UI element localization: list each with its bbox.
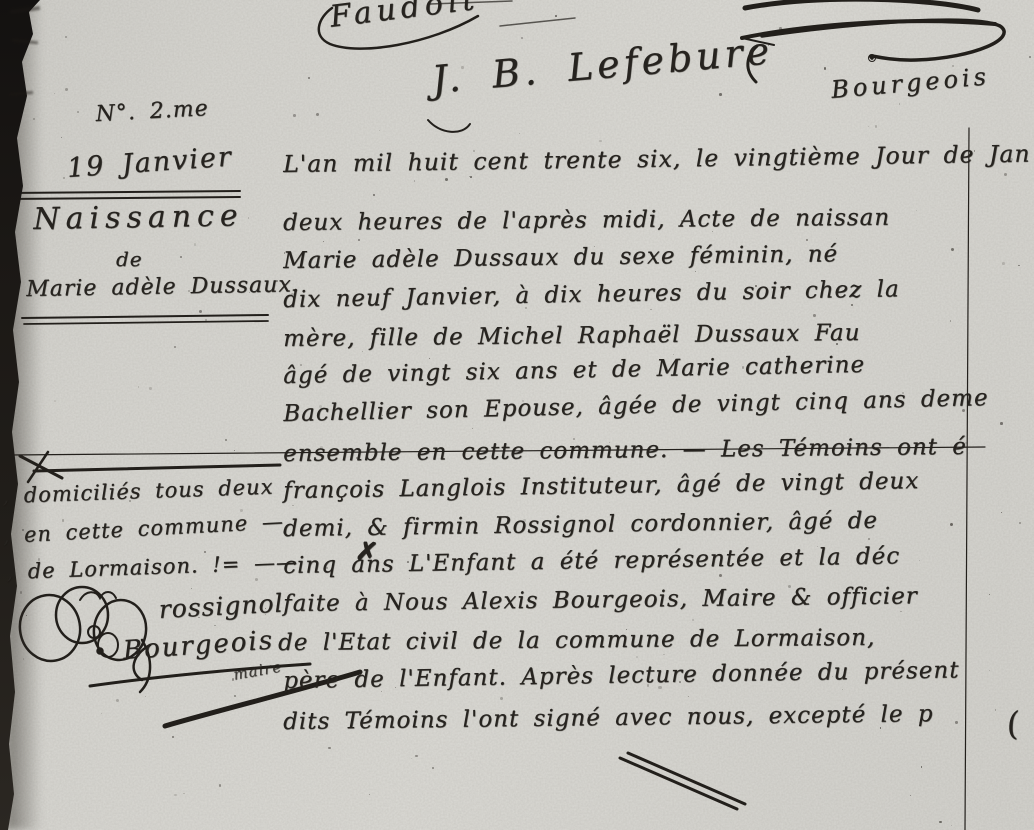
signature-bourgeois-margin: Bourgeois: [122, 625, 275, 665]
body-line: demi, & firmin Rossignol cordonnier, âgé…: [283, 508, 878, 542]
body-line: Bachellier son Epouse, âgée de vingt cin…: [283, 385, 989, 427]
margin-title-connector: de: [116, 247, 143, 271]
body-line: père de l'Enfant. Après lecture donnée d…: [283, 657, 960, 694]
body-line: âgé de vingt six ans et de Marie catheri…: [283, 352, 865, 389]
body-line: Marie adèle Dussaux du sexe féminin, né: [283, 241, 838, 274]
signature-bourgeois-title: maire: [232, 657, 283, 683]
insertion-cross-mark: ✗: [354, 536, 381, 569]
body-line: dits Témoins l'ont signé avec nous, exce…: [283, 701, 934, 735]
margin-note-line: , en cette commune —: [2, 509, 284, 548]
body-line: de l'Etat civil de la commune de Lormais…: [278, 625, 875, 656]
birth-record-scan: Faudoit J. B. Lefebure Bourgeois N°. 2.m…: [0, 0, 1034, 830]
signature-faudoit: Faudoit: [328, 0, 481, 35]
body-line: françois Langlois Instituteur, âgé de vi…: [283, 468, 919, 504]
body-line: faite à Nous Alexis Bourgeois, Maire & o…: [283, 583, 918, 617]
margin-note-line: , de Lormaison. != ——: [6, 550, 298, 584]
body-line: mère, fille de Michel Raphaël Dussaux Fa…: [283, 320, 861, 352]
margin-child-name: Marie adèle Dussaux.: [26, 272, 300, 302]
right-edge-paren-mark: (: [1004, 704, 1023, 744]
signature-bourgeois-top: Bourgeois: [830, 62, 991, 104]
body-line: L'an mil huit cent trente six, le vingti…: [283, 140, 1031, 178]
body-line: ensemble en cette commune. — Les Témoins…: [283, 434, 967, 467]
margin-note-line: , domiciliés tous deux: [2, 475, 274, 508]
signature-lefebure: J. B. Lefebure: [430, 28, 775, 102]
margin-name-underline: [22, 315, 268, 324]
body-line: deux heures de l'après midi, Acte de nai…: [283, 205, 890, 236]
margin-date-underline: [8, 191, 240, 199]
signature-rossignol: rossignol: [158, 588, 284, 623]
lefebure-flourish: [428, 120, 470, 132]
margin-date: 19 Janvier: [66, 141, 234, 184]
margin-act-number: N°. 2.me: [95, 96, 209, 127]
margin-rule-line: [965, 128, 969, 830]
closing-double-slash: [620, 753, 745, 809]
margin-title-naissance: Naissance: [33, 198, 244, 237]
body-line: dix neuf Janvier, à dix heures du soir c…: [283, 276, 900, 313]
